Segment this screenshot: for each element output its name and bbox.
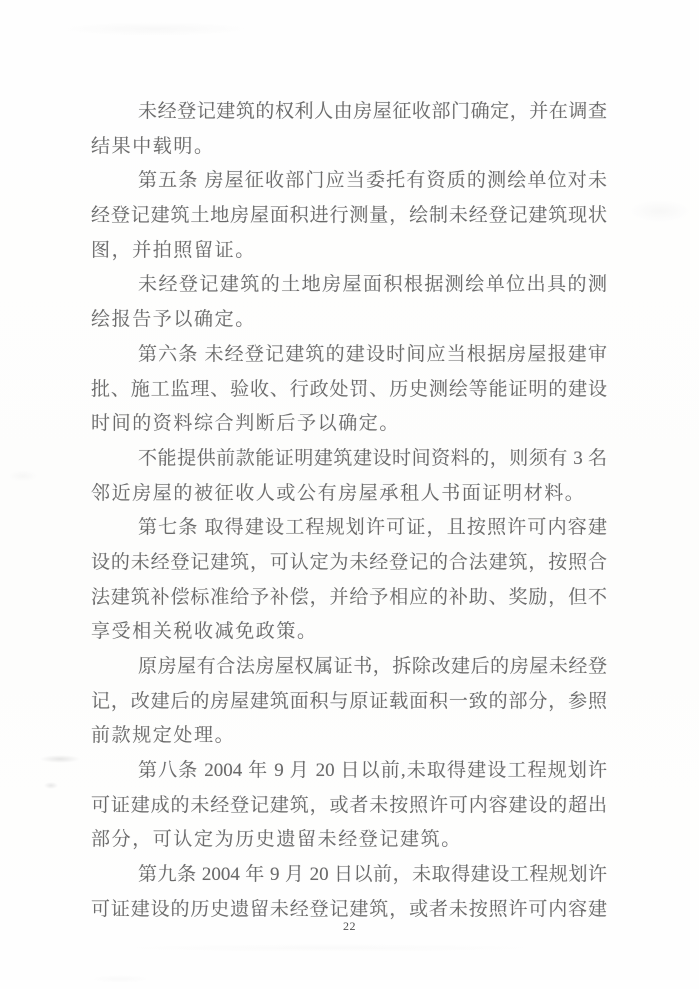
text-line: 时间的资料综合判断后予以确定。 [91,407,607,442]
scan-noise-artifact [8,470,38,482]
text-line: 批、施工监理、验收、行政处罚、历史测绘等能证明的建设 [91,373,607,408]
text-line: 原房屋有合法房屋权属证书，拆除改建后的房屋未经登 [91,650,607,685]
document-page: 未经登记建筑的权利人由房屋征收部门确定，并在调查结果中载明。第五条 房屋征收部门… [0,0,699,989]
text-line: 记，改建后的房屋建筑面积与原证载面积一致的部分，参照 [91,685,607,720]
text-line: 绘报告予以确定。 [91,303,607,338]
text-line: 第九条 2004 年 9 月 20 日以前，未取得建设工程规划许 [91,858,607,893]
text-line: 法建筑补偿标准给予补偿，并给予相应的补助、奖励，但不 [91,581,607,616]
text-line: 享受相关税收减免政策。 [91,615,607,650]
text-line: 不能提供前款能证明建筑建设时间资料的，则须有 3 名 [91,442,607,477]
scan-noise-artifact [60,22,250,36]
text-line: 图，并拍照留证。 [91,234,607,269]
text-line: 未经登记建筑的土地房屋面积根据测绘单位出具的测 [91,268,607,303]
text-line: 第八条 2004 年 9 月 20 日以前,未取得建设工程规划许 [91,754,607,789]
text-line: 设的未经登记建筑，可认定为未经登记的合法建筑，按照合 [91,546,607,581]
text-line: 未经登记建筑的权利人由房屋征收部门确定，并在调查 [91,95,607,130]
text-line: 第六条 未经登记建筑的建设时间应当根据房屋报建审 [91,338,607,373]
body-text: 未经登记建筑的权利人由房屋征收部门确定，并在调查结果中载明。第五条 房屋征收部门… [91,95,607,928]
text-line: 邻近房屋的被征收人或公有房屋承租人书面证明材料。 [91,477,607,512]
scan-noise-artifact [40,755,80,763]
text-line: 前款规定处理。 [91,719,607,754]
text-line: 经登记建筑土地房屋面积进行测量，绘制未经登记建筑现状 [91,199,607,234]
scan-noise-artifact [90,975,150,983]
scan-noise-artifact [120,944,540,952]
scan-noise-artifact [44,782,58,789]
text-line: 部分，可认定为历史遗留未经登记建筑。 [91,823,607,858]
text-line: 结果中载明。 [91,130,607,165]
text-line: 第七条 取得建设工程规划许可证，且按照许可内容建 [91,511,607,546]
text-line: 可证建成的未经登记建筑，或者未按照许可内容建设的超出 [91,789,607,824]
text-line: 第五条 房屋征收部门应当委托有资质的测绘单位对未 [91,164,607,199]
scan-noise-artifact [630,200,690,222]
page-number: 22 [0,919,699,934]
